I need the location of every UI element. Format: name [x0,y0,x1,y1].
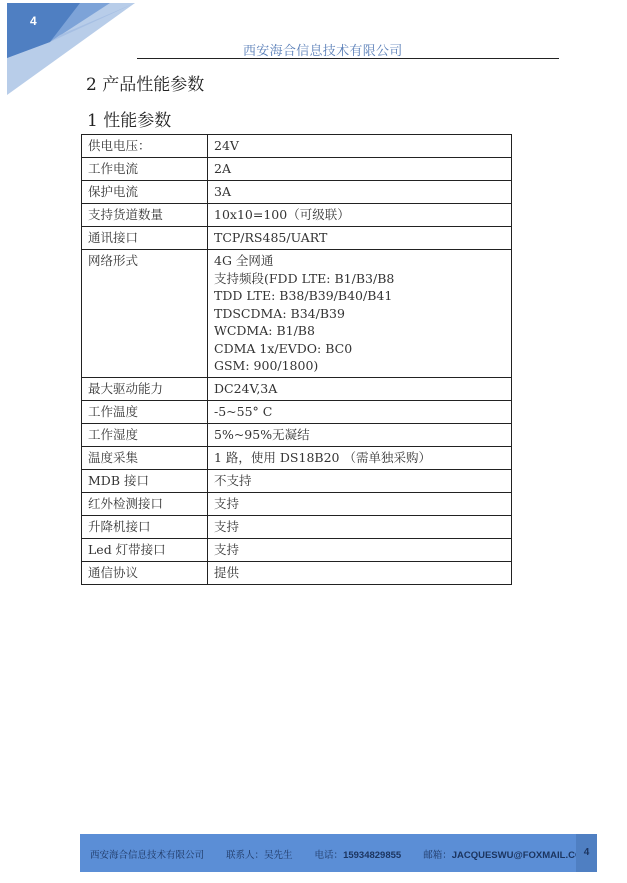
spec-value-line: 支持 [214,541,505,559]
spec-key: 最大驱动能力 [82,377,208,400]
spec-value: 3A [208,181,512,204]
spec-value-line: 提供 [214,564,505,582]
spec-value-line: TCP/RS485/UART [214,229,505,247]
spec-value-line: 24V [214,137,505,155]
header-company-name: 西安海合信息技术有限公司 [243,40,403,59]
spec-key: 通讯接口 [82,227,208,250]
spec-value-line: GSM: 900/1800) [214,357,505,375]
spec-value: 支持 [208,538,512,561]
spec-value: 不支持 [208,469,512,492]
spec-value: 10x10=100（可级联） [208,204,512,227]
table-row: MDB 接口不支持 [82,469,512,492]
footer-company: 西安海合信息技术有限公司 [90,850,204,861]
spec-key: 通信协议 [82,561,208,584]
table-row: 工作湿度5%~95%无凝结 [82,423,512,446]
table-row: 支持货道数量10x10=100（可级联） [82,204,512,227]
spec-value-line: WCDMA: B1/B8 [214,322,505,340]
corner-page-number: 4 [30,14,37,28]
spec-value-line: 4G 全网通 [214,252,505,270]
spec-value: 4G 全网通支持频段(FDD LTE: B1/B3/B8TDD LTE: B38… [208,250,512,378]
spec-value: -5~55° C [208,400,512,423]
header-divider [137,58,559,59]
spec-value: 5%~95%无凝结 [208,423,512,446]
spec-value: 支持 [208,515,512,538]
spec-value-line: 3A [214,183,505,201]
spec-value-line: TDD LTE: B38/B39/B40/B41 [214,287,505,305]
spec-key: 保护电流 [82,181,208,204]
spec-value: 提供 [208,561,512,584]
spec-value-line: 不支持 [214,472,505,490]
spec-key: 网络形式 [82,250,208,378]
spec-key: 温度采集 [82,446,208,469]
section-heading: 2 产品性能参数 [86,70,204,95]
spec-value-line: 5%~95%无凝结 [214,426,505,444]
spec-key: 红外检测接口 [82,492,208,515]
table-row: 红外检测接口支持 [82,492,512,515]
table-row: 升降机接口支持 [82,515,512,538]
spec-value: DC24V,3A [208,377,512,400]
spec-value-line: CDMA 1x/EVDO: BC0 [214,340,505,358]
spec-value-line: TDSCDMA: B34/B39 [214,305,505,323]
table-row: Led 灯带接口支持 [82,538,512,561]
footer-phone: 15934829855 [343,850,401,861]
footer-page-number: 4 [576,834,597,872]
footer-email: JACQUESWU@FOXMAIL.COM [452,850,591,861]
spec-value-line: 支持 [214,495,505,513]
table-row: 工作电流2A [82,158,512,181]
spec-key: MDB 接口 [82,469,208,492]
spec-value-line: -5~55° C [214,403,505,421]
subsection-heading: 1 性能参数 [87,106,171,131]
spec-value: TCP/RS485/UART [208,227,512,250]
spec-key: 供电电压： [82,135,208,158]
spec-table: 供电电压：24V工作电流2A保护电流3A支持货道数量10x10=100（可级联）… [81,134,512,585]
spec-value-line: 1 路，使用 DS18B20 （需单独采购） [214,449,505,467]
spec-key: 支持货道数量 [82,204,208,227]
footer-contact: 西安海合信息技术有限公司联系人：吴先生电话：15934829855邮箱：JACQ… [90,847,590,861]
spec-key: 工作温度 [82,400,208,423]
spec-value-line: 10x10=100（可级联） [214,206,505,224]
footer-contact-name: 吴先生 [264,850,293,861]
spec-value: 2A [208,158,512,181]
table-row: 网络形式4G 全网通支持频段(FDD LTE: B1/B3/B8TDD LTE:… [82,250,512,378]
spec-value-line: 支持 [214,518,505,536]
footer-email-label: 邮箱： [423,850,452,861]
table-row: 最大驱动能力DC24V,3A [82,377,512,400]
spec-value: 1 路，使用 DS18B20 （需单独采购） [208,446,512,469]
table-row: 工作温度-5~55° C [82,400,512,423]
footer-band: 西安海合信息技术有限公司联系人：吴先生电话：15934829855邮箱：JACQ… [80,834,597,872]
spec-key: Led 灯带接口 [82,538,208,561]
spec-value-line: DC24V,3A [214,380,505,398]
table-row: 温度采集1 路，使用 DS18B20 （需单独采购） [82,446,512,469]
table-row: 通信协议提供 [82,561,512,584]
spec-key: 工作电流 [82,158,208,181]
footer-contact-label: 联系人： [226,850,264,861]
spec-key: 升降机接口 [82,515,208,538]
spec-value-line: 2A [214,160,505,178]
spec-value: 24V [208,135,512,158]
table-row: 供电电压：24V [82,135,512,158]
table-row: 通讯接口TCP/RS485/UART [82,227,512,250]
spec-value: 支持 [208,492,512,515]
spec-value-line: 支持频段(FDD LTE: B1/B3/B8 [214,270,505,288]
table-row: 保护电流3A [82,181,512,204]
spec-key: 工作湿度 [82,423,208,446]
footer-phone-label: 电话： [315,850,344,861]
